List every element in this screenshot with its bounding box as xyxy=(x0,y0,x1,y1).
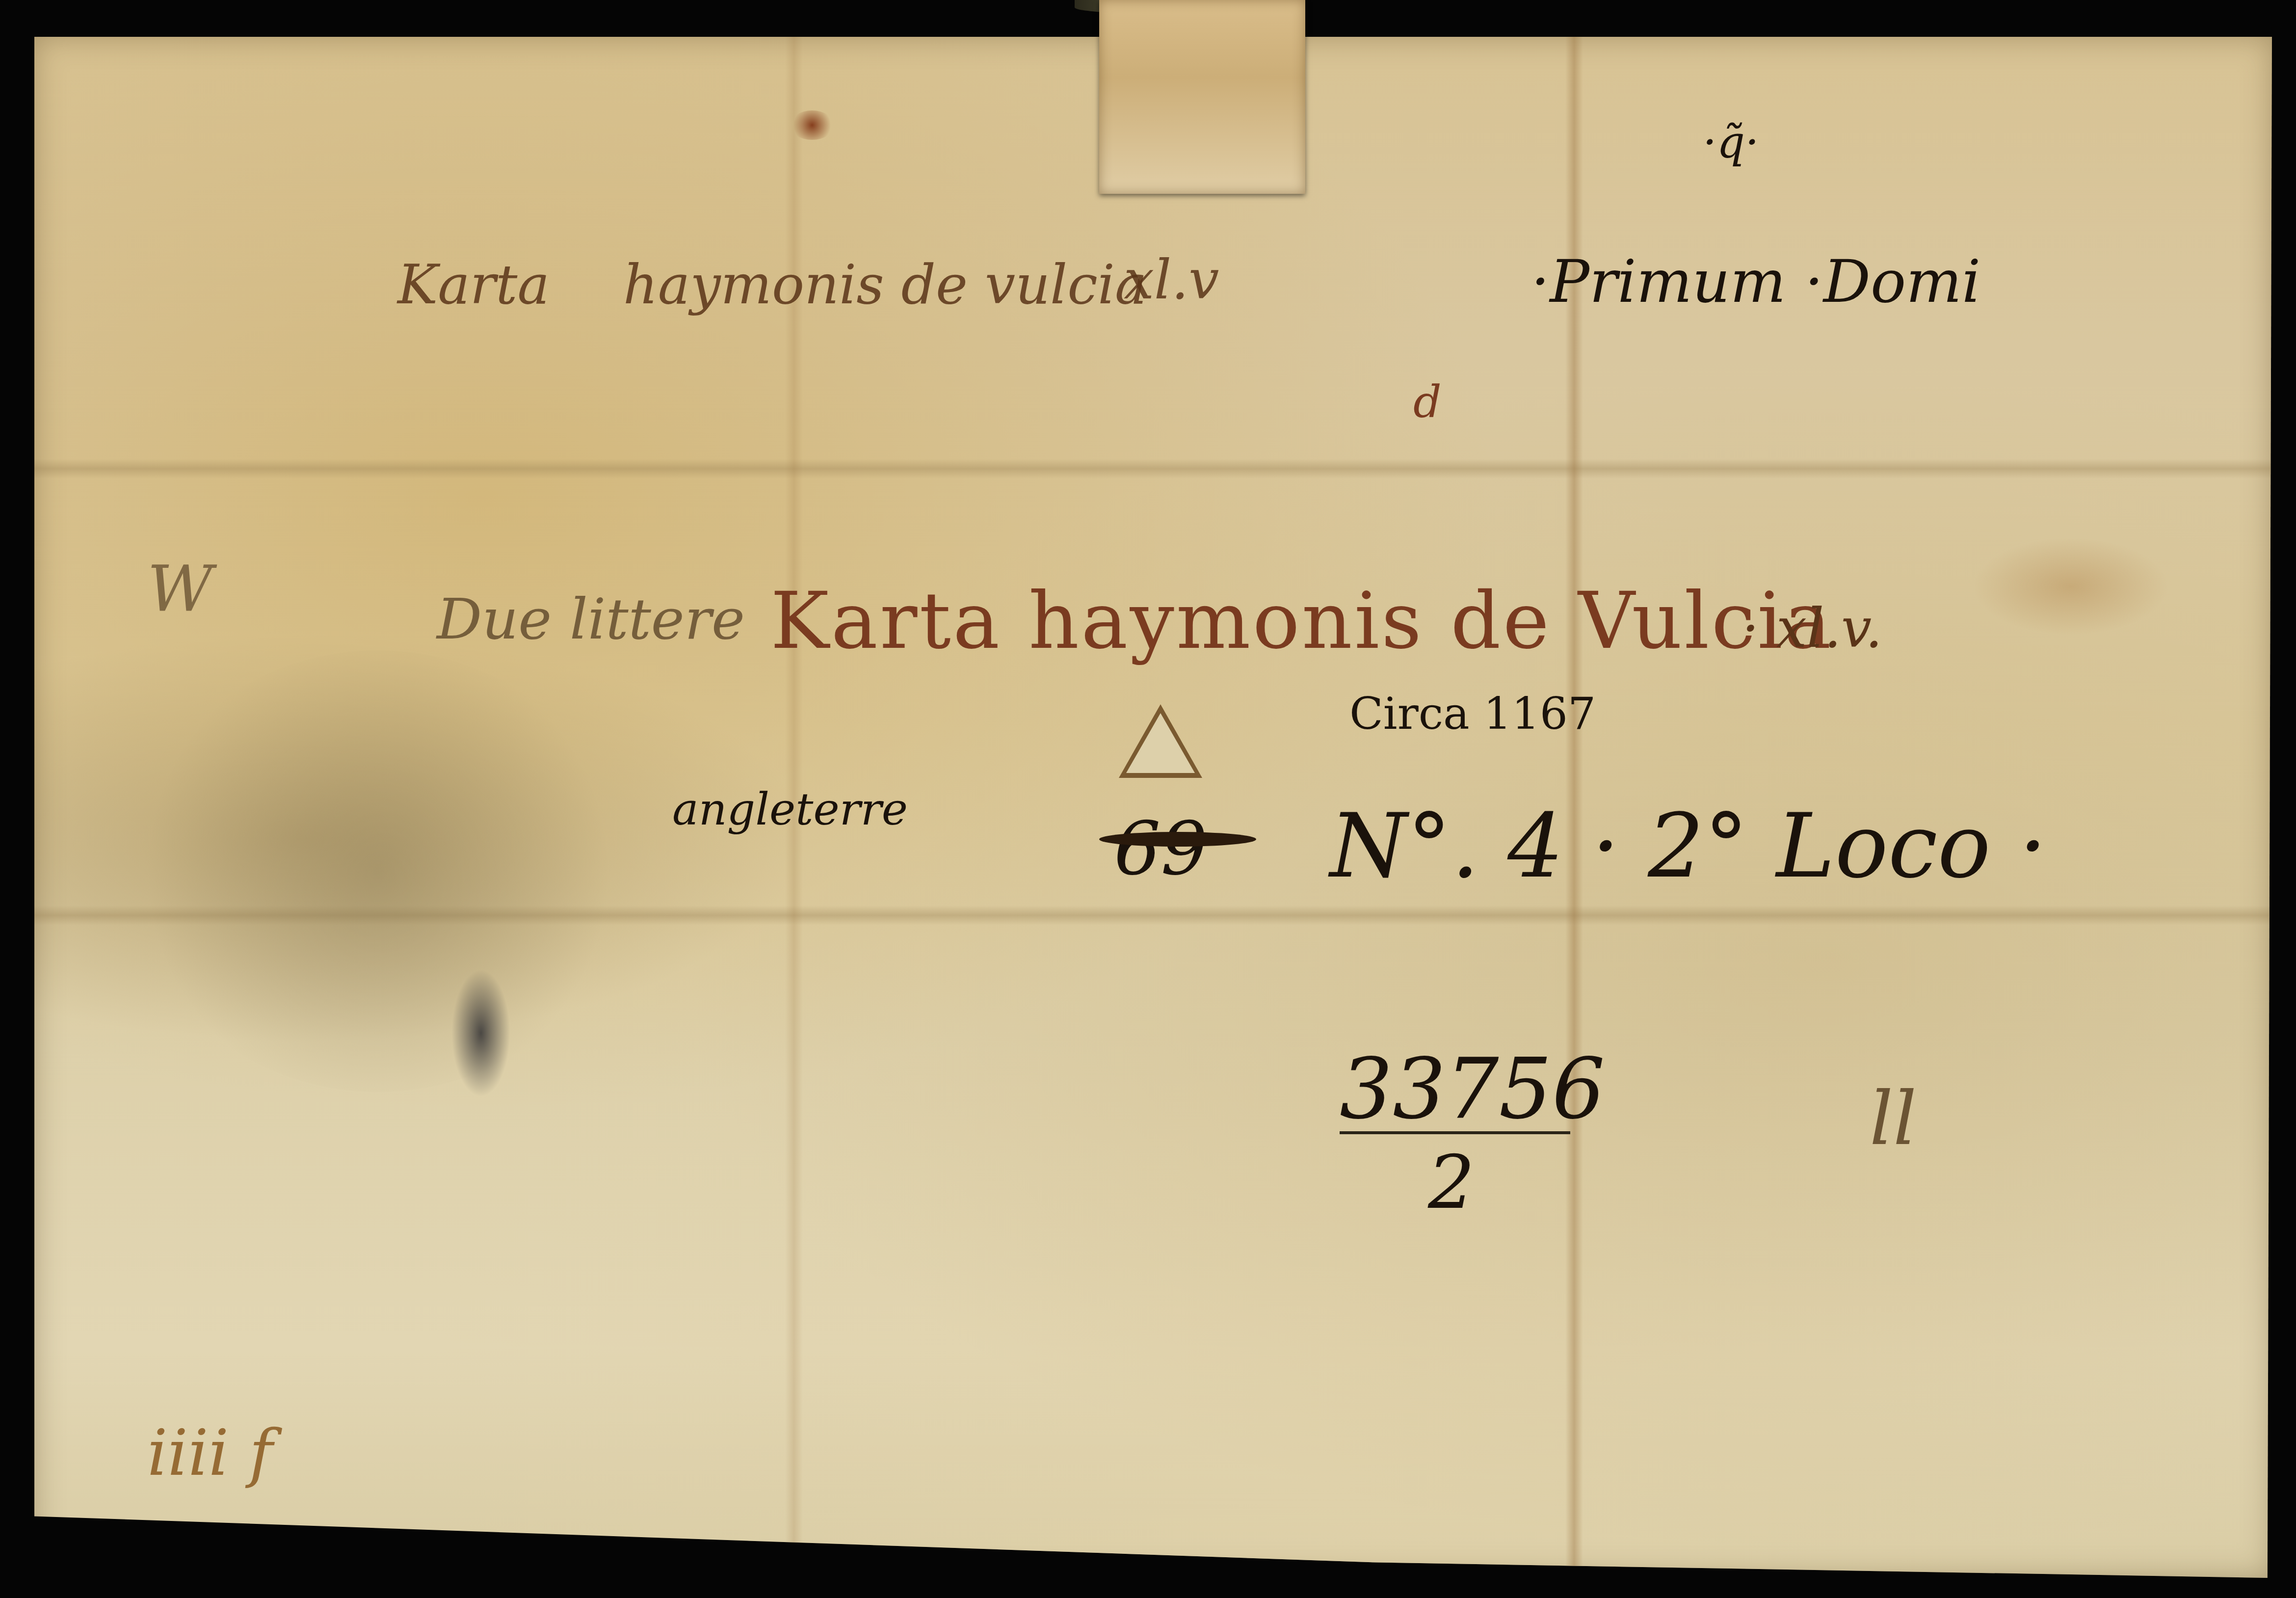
horizontal-fold xyxy=(34,459,2272,479)
right-margin-mark: ll xyxy=(1870,1082,1917,1156)
parchment-tag-strip xyxy=(1099,0,1305,194)
ink-blot xyxy=(790,110,834,140)
endorsement-karta-prefix: Karta xyxy=(397,258,550,312)
bottom-left-mark: iiii f xyxy=(147,1421,273,1485)
delta-symbol-icon xyxy=(1119,704,1202,778)
date-circa: Circa 1167 xyxy=(1349,692,1596,736)
title-karta-haymonis: Karta haymonis de Vulcia xyxy=(770,582,1833,660)
endorsement-haymonis: haymonis de vulcia xyxy=(623,258,1147,312)
water-stain xyxy=(132,650,623,1092)
parchment-sheet: Karta haymonis de vulcia xl.v ·q̃· ·Prim… xyxy=(34,37,2272,1578)
strikethrough-mark xyxy=(1099,832,1256,847)
fraction-bar xyxy=(1340,1131,1570,1134)
left-margin-mark: W xyxy=(147,557,213,621)
shelfmark-no-4: N°. 4 · 2° Loco · xyxy=(1330,802,2047,891)
due-littere: Due littere xyxy=(437,591,745,648)
stain xyxy=(1973,537,2169,636)
endorsement-primum-domi: ·Primum ·Domi xyxy=(1531,253,1980,312)
struck-number: 69 xyxy=(1114,812,1208,886)
title-number: · xl.v. xyxy=(1742,601,1882,655)
top-right-mark: ·q̃· xyxy=(1703,120,1759,164)
endorsement-number: xl.v xyxy=(1124,253,1219,307)
fraction-denominator: 2 xyxy=(1428,1146,1475,1220)
dark-smudge xyxy=(451,969,510,1097)
angleterre-note: angleterre xyxy=(672,788,908,832)
fraction-numerator: 33756 xyxy=(1340,1048,1605,1131)
small-d-mark: d xyxy=(1413,380,1442,425)
